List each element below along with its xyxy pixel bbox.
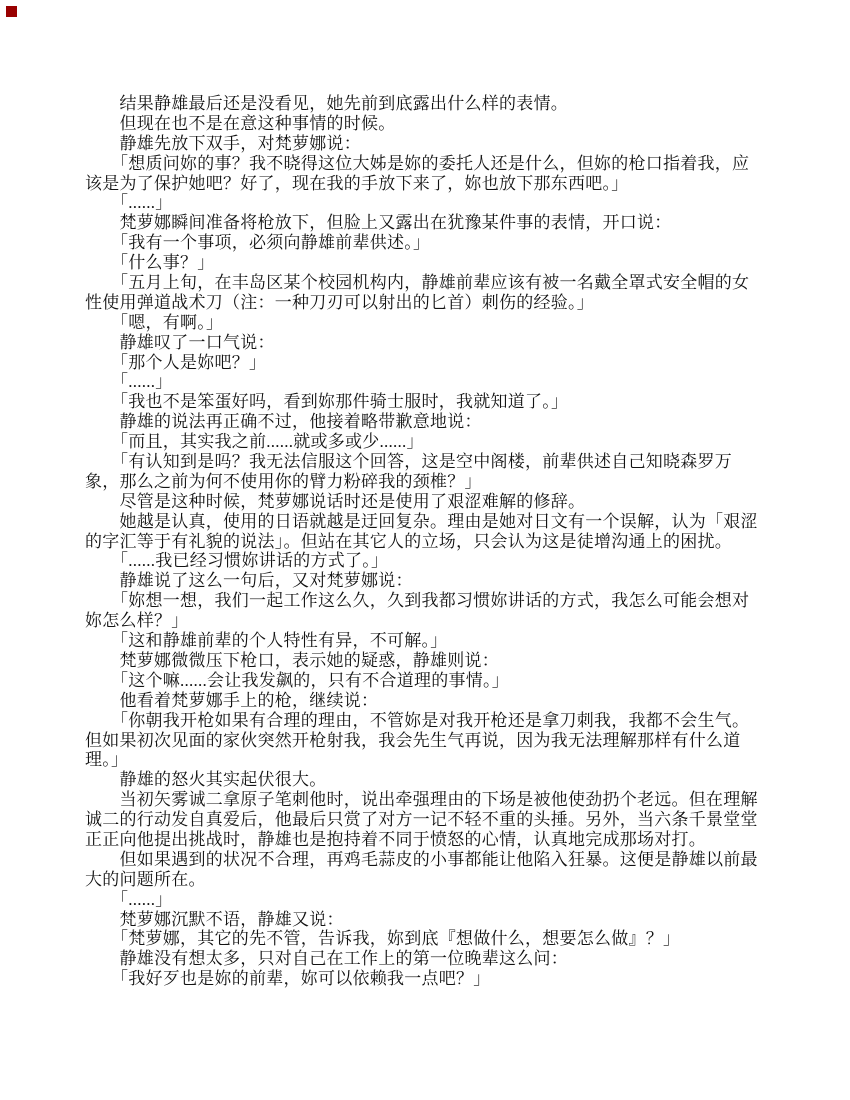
- text-line: 「这个嘛......会让我发飙的，只有不合道理的事情。」: [85, 671, 777, 691]
- text-line: 「想质问妳的事？我不晓得这位大姊是妳的委托人还是什么，但妳的枪口指着我，应: [85, 154, 777, 174]
- text-line: 正正向他提出挑战时，静雄也是抱持着不同于愤怒的心情，认真地完成那场对打。: [85, 830, 777, 850]
- text-line: 他看着梵萝娜手上的枪，继续说：: [85, 691, 777, 711]
- text-line: 「梵萝娜，其它的先不管，告诉我，妳到底『想做什么，想要怎么做』？」: [85, 929, 777, 949]
- text-line: 该是为了保护她吧？好了，现在我的手放下来了，妳也放下那东西吧。」: [85, 174, 777, 194]
- text-line: 「......我已经习惯妳讲话的方式了。」: [85, 551, 777, 571]
- text-line: 「妳想一想，我们一起工作这么久，久到我都习惯妳讲话的方式，我怎么可能会想对: [85, 591, 777, 611]
- text-line: 梵萝娜沉默不语，静雄又说：: [85, 910, 777, 930]
- text-line: 她越是认真，使用的日语就越是迂回复杂。理由是她对日文有一个误解，认为「艰涩: [85, 512, 777, 532]
- text-line: 的字汇等于有礼貌的说法」。但站在其它人的立场，只会认为这是徒增沟通上的困扰。: [85, 532, 777, 552]
- text-line: 结果静雄最后还是没看见，她先前到底露出什么样的表情。: [85, 94, 777, 114]
- text-line: 静雄的说法再正确不过，他接着略带歉意地说：: [85, 412, 777, 432]
- text-line: 性使用弹道战术刀（注：一种刀刃可以射出的匕首）刺伤的经验。」: [85, 293, 777, 313]
- text-line: 象，那么之前为何不使用你的臂力粉碎我的颈椎？」: [85, 472, 777, 492]
- text-line: 静雄没有想太多，只对自己在工作上的第一位晚辈这么问：: [85, 949, 777, 969]
- text-line: 「......」: [85, 193, 777, 213]
- text-line: 梵萝娜瞬间准备将枪放下，但脸上又露出在犹豫某件事的表情，开口说：: [85, 213, 777, 233]
- text-line: 「你朝我开枪如果有合理的理由，不管妳是对我开枪还是拿刀刺我，我都不会生气。: [85, 711, 777, 731]
- text-line: 静雄说了这么一句后，又对梵萝娜说：: [85, 571, 777, 591]
- text-line: 「......」: [85, 372, 777, 392]
- text-line: 妳怎么样？」: [85, 611, 777, 631]
- text-line: 尽管是这种时候，梵萝娜说话时还是使用了艰涩难解的修辞。: [85, 492, 777, 512]
- text-line: 「嗯，有啊。」: [85, 313, 777, 333]
- text-line: 「什么事？」: [85, 253, 777, 273]
- text-line: 「那个人是妳吧？」: [85, 353, 777, 373]
- text-line: 静雄先放下双手，对梵萝娜说：: [85, 134, 777, 154]
- text-line: 「我也不是笨蛋好吗，看到妳那件骑士服时，我就知道了。」: [85, 392, 777, 412]
- text-line: 「五月上旬，在丰岛区某个校园机构内，静雄前辈应该有被一名戴全罩式安全帽的女: [85, 273, 777, 293]
- text-line: 静雄叹了一口气说：: [85, 333, 777, 353]
- text-line: 但如果初次见面的家伙突然开枪射我，我会先生气再说，因为我无法理解那样有什么道: [85, 731, 777, 751]
- red-corner-marker: [6, 6, 17, 17]
- novel-text-block: 结果静雄最后还是没看见，她先前到底露出什么样的表情。 但现在也不是在意这种事情的…: [85, 94, 777, 989]
- text-line: 梵萝娜微微压下枪口，表示她的疑惑，静雄则说：: [85, 651, 777, 671]
- text-line: 但现在也不是在意这种事情的时候。: [85, 114, 777, 134]
- text-line: 理。」: [85, 750, 777, 770]
- text-line: 「......」: [85, 890, 777, 910]
- text-line: 静雄的怒火其实起伏很大。: [85, 770, 777, 790]
- text-line: 「我有一个事项，必须向静雄前辈供述。」: [85, 233, 777, 253]
- text-line: 大的问题所在。: [85, 870, 777, 890]
- text-line: 但如果遇到的状况不合理，再鸡毛蒜皮的小事都能让他陷入狂暴。这便是静雄以前最: [85, 850, 777, 870]
- text-line: 「这和静雄前辈的个人特性有异，不可解。」: [85, 631, 777, 651]
- text-line: 诚二的行动发自真爱后，他最后只赏了对方一记不轻不重的头捶。另外，当六条千景堂堂: [85, 810, 777, 830]
- text-line: 「而且，其实我之前......就或多或少......」: [85, 432, 777, 452]
- text-line: 「我好歹也是妳的前辈，妳可以依赖我一点吧？」: [85, 969, 777, 989]
- text-line: 「有认知到是吗？我无法信服这个回答，这是空中阁楼，前辈供述自己知晓森罗万: [85, 452, 777, 472]
- text-line: 当初矢雾诚二拿原子笔刺他时，说出牵强理由的下场是被他使劲扔个老远。但在理解: [85, 790, 777, 810]
